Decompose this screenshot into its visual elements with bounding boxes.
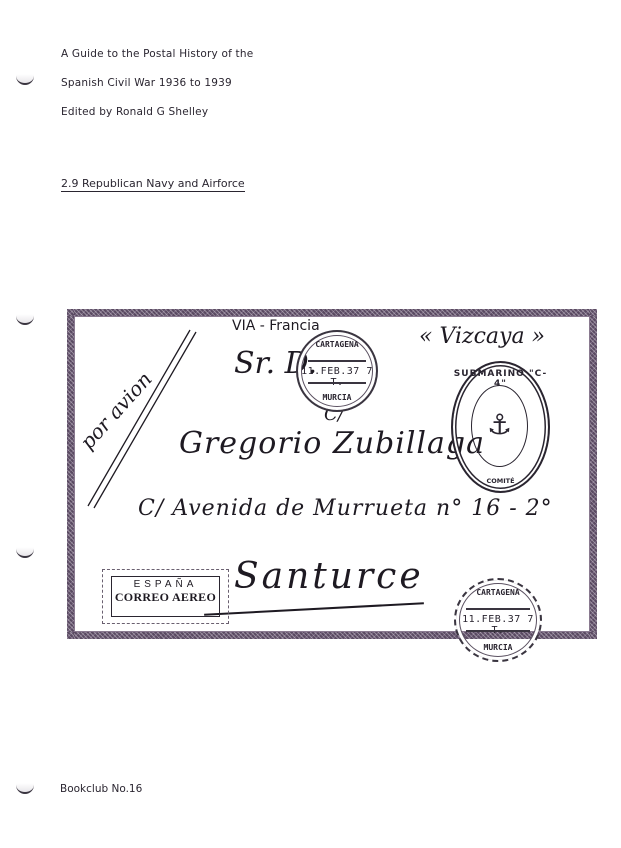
airmail-label-country: ESPAÑA	[112, 579, 219, 590]
recipient-city: Santurce	[234, 556, 424, 597]
recipient-name: Gregorio Zubillaga	[179, 426, 485, 461]
airmail-label: ESPAÑA CORREO AEREO	[102, 569, 229, 624]
envelope-image: VIA - Francia por avion Sr. D. C/ Gregor…	[67, 309, 597, 639]
postmark-date: 11.FEB.37 7 T.	[456, 614, 540, 636]
anchor-crown-icon: ⚓	[472, 408, 527, 441]
postmark-top-text: CARTAGENA	[456, 588, 540, 597]
punch-hole	[16, 314, 34, 325]
seal-bottom-text: COMITÉ	[453, 477, 548, 485]
postmark-bar	[308, 360, 366, 362]
ship-note: « Vizcaya »	[419, 324, 545, 349]
header-title-line-1: A Guide to the Postal History of the	[61, 48, 253, 60]
postmark-cartagena-stamp: CARTAGENA 11.FEB.37 7 T. MURCIA	[454, 578, 542, 662]
submarine-committee-seal: SUBMARINO "C-4" ⚓ COMITÉ	[451, 361, 550, 493]
seal-inner-ring: ⚓	[471, 385, 528, 467]
punch-hole	[16, 783, 34, 794]
route-note: VIA - Francia	[232, 318, 320, 334]
section-title: 2.9 Republican Navy and Airforce	[61, 177, 245, 192]
footer-bookclub: Bookclub No.16	[60, 783, 142, 795]
postmark-bottom-text: MURCIA	[456, 643, 540, 652]
postmark-bar	[466, 630, 530, 632]
punch-hole	[16, 547, 34, 558]
airmail-label-frame: ESPAÑA CORREO AEREO	[111, 576, 220, 617]
city-underline	[204, 602, 424, 616]
postmark-top-text: CARTAGENA	[298, 340, 376, 349]
postmark-bottom-text: MURCIA	[298, 393, 376, 402]
header-title-line-2: Spanish Civil War 1936 to 1939	[61, 77, 232, 89]
postmark-date: 11.FEB.37 7 T.	[298, 366, 376, 388]
postmark-bar	[466, 608, 530, 610]
postmark-bar	[308, 382, 366, 384]
punch-hole	[16, 74, 34, 85]
airmail-label-service: CORREO AEREO	[112, 590, 219, 605]
recipient-address: C/ Avenida de Murrueta n° 16 - 2°	[138, 496, 553, 521]
postmark-cartagena: CARTAGENA 11.FEB.37 7 T. MURCIA	[296, 330, 378, 412]
header-editor-line: Edited by Ronald G Shelley	[61, 106, 208, 118]
